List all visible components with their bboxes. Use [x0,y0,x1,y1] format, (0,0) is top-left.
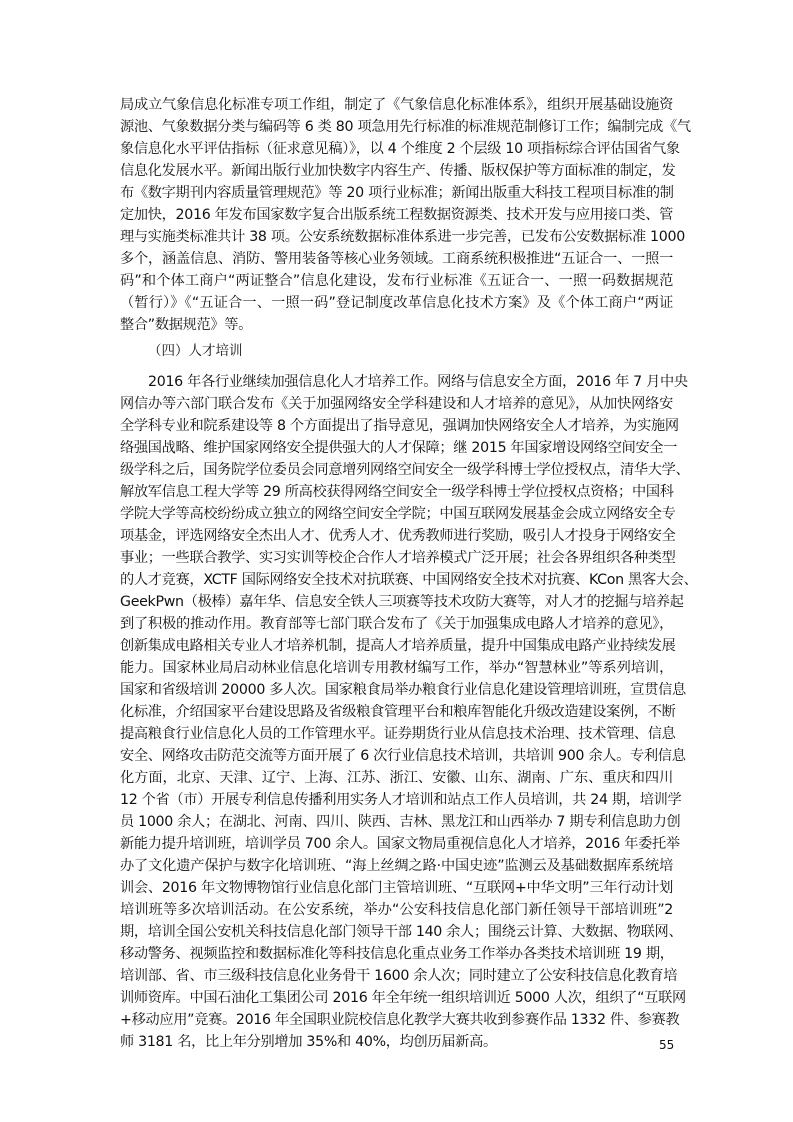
text-line: 移动警务、视频监控和数据标准化等科技信息化重点业务工作举办各类技术培训班 19 … [120,943,673,965]
text-line: 事业；一些联合教学、实习实训等校企合作人才培养模式广泛开展；社会各界组织各种类型 [120,547,673,569]
text-line: 国家和省级培训 20000 多人次。国家粮食局举办粮食行业信息化建设管理培训班，… [120,679,673,701]
text-line: 到了积极的推动作用。教育部等七部门联合发布了《关于加强集成电路人才培养的意见》， [120,613,673,635]
text-line: 络强国战略、维护国家网络安全提供强大的人才保障；继 2015 年国家增设网络空间… [120,437,673,459]
text-line: 师 3181 名，比上年分别增加 35%和 40%，均创历届新高。 [120,1031,673,1053]
text-line: 办了文化遗产保护与数字化培训班、“海上丝绸之路·中国史迹”监测云及基础数据库系统… [120,855,673,877]
text-line: GeekPwn（极棒）嘉年华、信息安全铁人三项赛等技术攻防大赛等，对人才的挖掘与… [120,591,673,613]
text-line: 化方面，北京、天津、辽宁、上海、江苏、浙江、安徽、山东、湖南、广东、重庆和四川 [120,767,673,789]
page-number: 55 [659,1038,674,1052]
text-line: 训师资库。中国石油化工集团公司 2016 年全年统一组织培训近 5000 人次，… [120,987,673,1009]
text-line: 码”和个体工商户“两证整合”信息化建设，发布行业标准《五证合一、一照一码数据规范 [120,270,673,292]
text-line: 布《数字期刊内容质量管理规范》等 20 项行业标准；新闻出版重大科技工程项目标准… [120,182,673,204]
text-line: 化标准，介绍国家平台建设思路及省级粮食管理平台和粮库智能化升级改造建设案例，不断 [120,701,673,723]
text-line: （暂行）》《“五证合一、一照一码”登记制度改革信息化技术方案》及《个体工商户“两… [120,292,673,314]
text-line: 源池、气象数据分类与编码等 6 类 80 项急用先行标准的标准规范制修订工作；编… [120,116,673,138]
text-line: 培训班等多次培训活动。在公安系统，举办“公安科技信息化部门新任领导干部培训班”2 [120,899,673,921]
text-line: 期，培训全国公安机关科技信息化部门领导干部 140 余人；围绕云计算、大数据、物… [120,921,673,943]
text-line: 多个，涵盖信息、消防、警用装备等核心业务领域。工商系统积极推进“五证合一、一照一 [120,248,673,270]
text-line: 12 个省（市）开展专利信息传播利用实务人才培训和站点工作人员培训，共 24 期… [120,789,673,811]
text-line: 解放军信息工程大学等 29 所高校获得网络空间安全一级学科博士学位授权点资格；中… [120,481,673,503]
text-line: 培训部、省、市三级科技信息化业务骨干 1600 余人次；同时建立了公安科技信息化… [120,965,673,987]
text-line: 级学科之后，国务院学位委员会同意增列网络空间安全一级学科博士学位授权点，清华大学… [120,459,673,481]
text-line: 安全、网络攻击防范交流等方面开展了 6 次行业信息技术培训，共培训 900 余人… [120,745,673,767]
text-line: 定加快，2016 年发布国家数字复合出版系统工程数据资源类、技术开发与应用接口类… [120,204,673,226]
text-line: +移动应用”竞赛。2016 年全国职业院校信息化教学大赛共收到参赛作品 1332… [120,1009,673,1031]
text-line: 象信息化水平评估指标（征求意见稿）》，以 4 个维度 2 个层级 10 项指标综… [120,138,673,160]
text-line: 学院大学等高校纷纷成立独立的网络空间安全学院；中国互联网发展基金会成立网络安全专 [120,503,673,525]
text-line: 信息化发展水平。新闻出版行业加快数字内容生产、传播、版权保护等方面标准的制定，发 [120,160,673,182]
text-line: 理与实施类标准共计 38 项。公安系统数据标准体系进一步完善，已发布公安数据标准… [120,226,673,248]
text-line: 提高粮食行业信息化人员的工作管理水平。证券期货行业从信息技术治理、技术管理、信息 [120,723,673,745]
text-line: 新能力提升培训班，培训学员 700 余人。国家文物局重视信息化人才培养，2016… [120,833,673,855]
text-line: 全学科专业和院系建设等 8 个方面提出了指导意见，强调加快网络安全人才培养，为实… [120,415,673,437]
document-page: 局成立气象信息化标准专项工作组，制定了《气象信息化标准体系》，组织开展基础设施资… [0,0,793,1122]
text-line: 能力。国家林业局启动林业信息化培训专用教材编写工作，举办“智慧林业”等系列培训， [120,657,673,679]
text-line: 的人才竞赛，XCTF 国际网络安全技术对抗联赛、中国网络安全技术对抗赛、KCon… [120,569,673,591]
text-line: 创新集成电路相关专业人才培养机制，提高人才培养质量，提升中国集成电路产业持续发展 [120,635,673,657]
text-line: 训会、2016 年文物博物馆行业信息化部门主管培训班、“互联网+中华文明”三年行… [120,877,673,899]
text-line: 整合”数据规范》等。 [120,314,673,336]
section-heading: （四）人才培训 [148,341,243,361]
text-line: 员 1000 余人；在湖北、河南、四川、陕西、吉林、黑龙江和山西举办 7 期专利… [120,811,673,833]
text-line: 网信办等六部门联合发布《关于加强网络安全学科建设和人才培养的意见》，从加快网络安 [120,393,673,415]
text-line: 2016 年各行业继续加强信息化人才培养工作。网络与信息安全方面，2016 年 … [148,371,673,393]
text-line: 局成立气象信息化标准专项工作组，制定了《气象信息化标准体系》，组织开展基础设施资 [120,94,673,116]
text-line: 项基金，评选网络安全杰出人才、优秀人才、优秀教师进行奖励，吸引人才投身于网络安全 [120,525,673,547]
